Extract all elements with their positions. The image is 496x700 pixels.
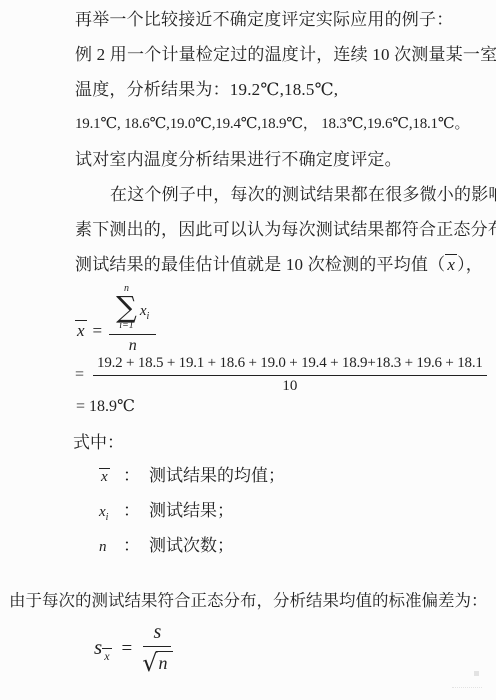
intro-paragraphs: 再举一个比较接近不确定度评定实际应用的例子： 例 2 用一个计量检定过的温度计，… — [75, 2, 496, 282]
paragraph-line-8: 测试结果的最佳估计值就是 10 次检测的平均值（x）， — [75, 247, 496, 282]
line-8-text: 测试结果的最佳估计值就是 10 次检测的平均值（ — [75, 255, 445, 274]
where-section-title: 式中： — [73, 431, 124, 455]
xbar-subscript: x — [102, 648, 111, 662]
mean-result-value: 18.9℃ — [89, 398, 135, 415]
watermark-remnant-line — [452, 687, 482, 688]
where-item-n: n：测试次数； — [99, 534, 234, 558]
colon: ： — [123, 501, 140, 520]
equals-sign: = — [75, 366, 84, 384]
paragraph-line-6: 在这个例子中，每次的测试结果都在很多微小的影响因 — [110, 177, 496, 212]
xbar-symbol: x — [445, 254, 457, 273]
calc-fraction: 19.2 + 18.5 + 19.1 + 18.6 + 19.0 + 19.4 … — [93, 355, 487, 395]
n-symbol: n — [99, 535, 123, 559]
radicand: n — [156, 651, 173, 674]
term-subscript: i — [147, 311, 150, 322]
document-page: 再举一个比较接近不确定度评定实际应用的例子： 例 2 用一个计量检定过的温度计，… — [0, 0, 496, 700]
calc-numerator: 19.2 + 18.5 + 19.1 + 18.6 + 19.0 + 19.4 … — [93, 355, 487, 376]
formula-mean: x = n ∑ i=1 xi n — [75, 283, 156, 355]
formula-result: =18.9℃ — [76, 396, 135, 418]
std-numerator: s — [143, 621, 171, 647]
summation: n ∑ i=1 — [116, 283, 137, 331]
square-root: √ n — [142, 649, 172, 675]
paragraph-line-1: 再举一个比较接近不确定度评定实际应用的例子： — [75, 2, 496, 37]
line-8-tail: ）， — [457, 255, 483, 274]
sigma-icon: ∑ — [116, 294, 137, 320]
xi-symbol: xi — [99, 500, 123, 530]
mean-denominator: n — [129, 335, 137, 355]
sum-term: xi — [140, 303, 149, 322]
equals-sign: = — [76, 398, 85, 415]
mean-fraction: n ∑ i=1 xi n — [109, 283, 156, 355]
where-item-desc: 测试次数； — [149, 536, 234, 555]
std-denominator: √ n — [142, 647, 172, 676]
mean-numerator: n ∑ i=1 xi — [109, 283, 156, 335]
equals-sign: = — [122, 638, 133, 660]
formula-calculation: = 19.2 + 18.5 + 19.1 + 18.6 + 19.0 + 19.… — [75, 355, 487, 395]
sum-lower-limit: i=1 — [119, 320, 134, 331]
colon: ： — [123, 466, 140, 485]
where-item-desc: 测试结果； — [149, 501, 234, 520]
paragraph-line-7: 素下测出的，因此可以认为每次测试结果都符合正态分布。 — [75, 212, 496, 247]
formula-std-deviation: sx = s √ n — [94, 621, 173, 676]
paragraph-line-2: 例 2 用一个计量检定过的温度计，连续 10 次测量某一室内 — [75, 37, 496, 72]
closing-paragraph: 由于每次的测试结果符合正态分布，分析结果均值的标准偏差为： — [9, 589, 488, 613]
where-item-xbar: x：测试结果的均值； — [99, 464, 285, 488]
colon: ： — [123, 536, 140, 555]
paragraph-line-4: 19.1℃, 18.6℃,19.0℃,19.4℃,18.9℃， 18.3℃,19… — [75, 107, 496, 142]
s-xbar-symbol: sx — [94, 635, 112, 662]
std-fraction: s √ n — [142, 621, 172, 676]
xbar-symbol: x — [75, 320, 87, 339]
paragraph-line-5: 试对室内温度分析结果进行不确定度评定。 — [75, 142, 496, 177]
where-item-xi: xi：测试结果； — [99, 499, 234, 523]
equals-sign: = — [93, 321, 103, 341]
paragraph-line-3: 温度，分析结果为：19.2℃,18.5℃, — [75, 72, 496, 107]
where-item-desc: 测试结果的均值； — [149, 466, 285, 485]
watermark-remnant — [474, 671, 479, 676]
calc-denominator: 10 — [282, 376, 297, 395]
formula-mean-lhs: x = — [75, 320, 102, 355]
xbar-symbol: x — [99, 465, 123, 489]
